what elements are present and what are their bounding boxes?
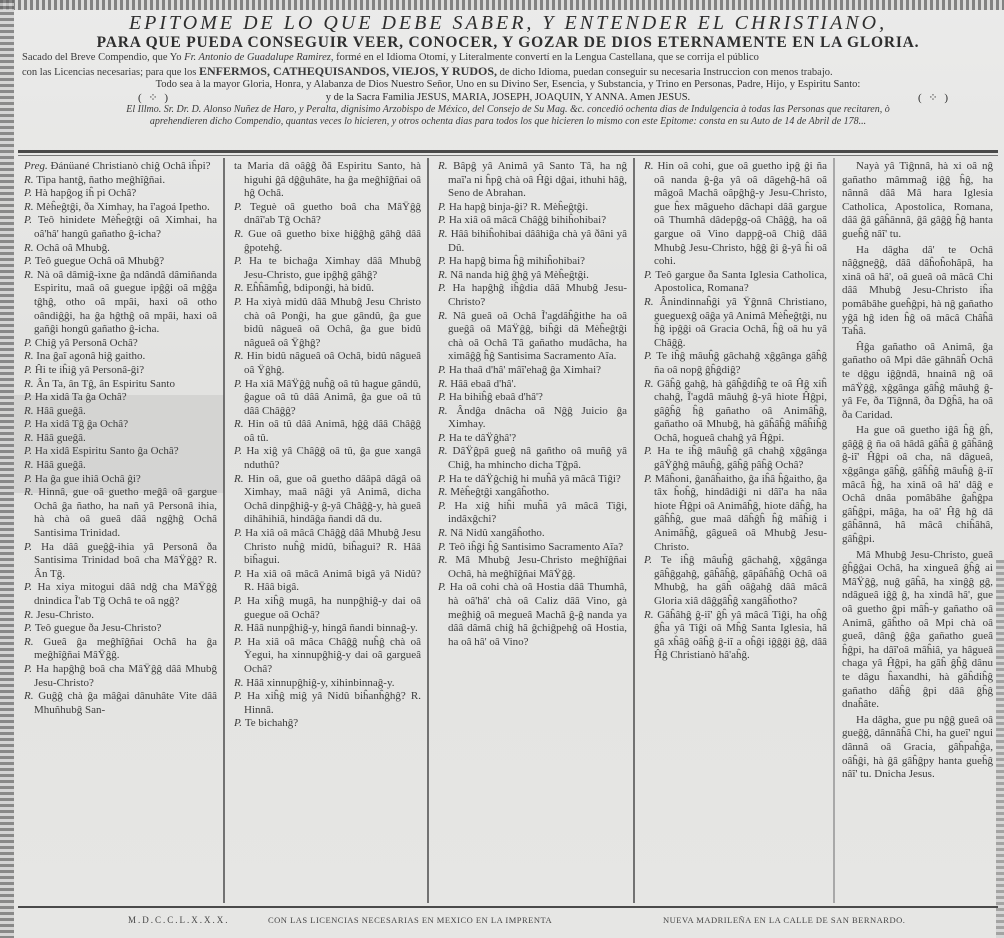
entry-text: Ha xiĝ hiĥi muĥâ yâ mâcâ Tiĝi, indâxĝchi… xyxy=(448,500,627,526)
entry-text: Ha hapĝhĝ boâ cha MâŸĝĝ dââ Mhubĝ Jesu-C… xyxy=(34,663,217,689)
entry-text: Ha xiâ oâ mâca Châĝĝ nuĥĝ chà oâ Ÿegui, … xyxy=(244,636,421,675)
entry-text: Ina ĝaĩ agonâ hiĝ gaitho. xyxy=(36,350,145,362)
answer-label: R. xyxy=(438,310,453,322)
catechism-entry: P. Teô guegue ða Jesu-Christo? xyxy=(22,622,217,636)
question-label: P. xyxy=(24,391,35,403)
entry-text: Mèĥeĝtĝi, ða Ximhay, ha ĩ'agoá Ipetho. xyxy=(36,201,210,213)
catechism-entry: P. Hà hapĝog iĥ pi Ochâ? xyxy=(22,187,217,201)
catechism-entry: Preg. Ðánüané Christianò chiĝ Ochâ ìĥpi? xyxy=(22,160,217,174)
question-label: P. xyxy=(438,473,449,485)
entry-text: Ha xiĥĝ mugâ, ha nunpĝhiĝ-y dai oâ guegu… xyxy=(244,595,421,621)
intro-line-1: Sacado del Breve Compendio, que Yo Fr. A… xyxy=(18,52,998,65)
question-label: P. xyxy=(644,350,656,362)
catechism-entry: P. Ha xiĝ yâ Châĝĝ oâ tû, ĝa gue xangâ n… xyxy=(232,445,421,472)
catechism-entry: R. Ina ĝaĩ agonâ hiĝ gaitho. xyxy=(22,350,217,364)
entry-text: Ha xidâ Tĝ ĝa Ochâ? xyxy=(35,418,128,430)
answer-label: R. xyxy=(644,609,657,621)
dedication-line-2: y de la Sacra Familia JESUS, MARIA, JOSE… xyxy=(18,92,998,105)
question-label: P. xyxy=(234,296,246,308)
catechism-entry: P. Ha hapĝ bima ĥĝ mihiĥohibai? xyxy=(436,255,627,269)
catechism-entry: P. Ha te iĥĝ mâuĥĝ gâ chahĝ xĝgânga gâŸĝ… xyxy=(642,445,827,472)
entry-text: Ân Ta, ân Tĝ, ân Espiritu Santo xyxy=(36,378,175,390)
indulgence-line-2: aprehendieren dicho Compendio, quantas v… xyxy=(18,116,998,128)
entry-text: Hââ xinnupĝhiĝ-y, xihinbinnaĝ-y. xyxy=(246,677,394,689)
footer-rule xyxy=(18,906,998,908)
catechism-entry: P. Chiĝ yâ Personâ Ochâ? xyxy=(22,337,217,351)
catechism-entry: P. Teô guegue Ochâ oâ Mhubĝ? xyxy=(22,255,217,269)
catechism-entry: P. Ha xiâ oâ mâcâ Animâ bigâ yâ Nidû? R.… xyxy=(232,568,421,595)
catechism-entry: R. Bâpĝ yâ Animâ yâ Santo Tâ, ha nĝ maĩ'… xyxy=(436,160,627,201)
dedication-line-2-row: ( ⁘ ) y de la Sacra Familia JESUS, MARIA… xyxy=(18,92,998,105)
entry-text: Mèĥeĝtĝi xangâĥotho. xyxy=(450,486,549,498)
column-divider xyxy=(633,158,635,903)
question-label: P. xyxy=(644,554,661,566)
catechism-entry: P. Ha xidâ Tĝ ĝa Ochâ? xyxy=(22,418,217,432)
ornamental-border-left xyxy=(0,0,14,938)
catechism-entry: R. Nà oâ dâmiĝ-ixne ĝa ndândâ dâmiñanda … xyxy=(22,269,217,337)
document-subtitle: PARA QUE PUEDA CONSEGUIR VEER, CONOCER, … xyxy=(18,34,998,52)
entry-text: Ha te iĥĝ mâuĥĝ gâ chahĝ xĝgânga gâŸĝhĝ … xyxy=(654,445,827,471)
catechism-entry: P. Teô hinidete Mèĥeĝtĝi oâ Ximhai, ha o… xyxy=(22,214,217,241)
answer-label: R. xyxy=(234,228,248,240)
entry-text: Ĥi te iĥiĝ yâ Personâ-ĝi? xyxy=(35,364,144,376)
entry-text: Teguè oâ guetho boâ cha MâŸĝĝ dnâĩ'ab Tĝ… xyxy=(244,201,421,227)
catechism-entry: R. DâŸĝpâ gueĝ nâ gañtho oâ muñĝ yâ Chiĝ… xyxy=(436,445,627,472)
question-label: P. xyxy=(24,445,35,457)
imprint-footer: M.D.C.C.L.X.X.X. CON LAS LICENCIAS NECES… xyxy=(18,910,998,930)
entry-text: Tipa hantĝ, ñatho meĝhîĝñai. xyxy=(36,174,165,186)
question-label: P. xyxy=(644,473,655,485)
catechism-entry: P. Teô gargue ða Santa Iglesia Catholica… xyxy=(642,269,827,296)
entry-text: Te iĥĝ mâuĥĝ gâchahĝ, xĝgânga gâĥĝgahĝ, … xyxy=(654,554,827,607)
catechism-entry: P. Ha oâ cohi chà oâ Hostia dââ Thumhâ, … xyxy=(436,581,627,649)
entry-text: Ha te dâŸĝhâ'? xyxy=(449,432,516,444)
entry-text: Nà oâ dâmiĝ-ixne ĝa ndândâ dâmiñanda Esp… xyxy=(34,269,217,335)
intro-text: de dicho Idioma, puedan conseguir su nec… xyxy=(497,67,833,78)
entry-text: Eĥĥâmĥĝ, bdiponĝi, hà bidû. xyxy=(246,282,374,294)
catechism-entry: ta Maria dâ oâĝĝ ðâ Espiritu Santo, hà h… xyxy=(232,160,421,201)
intro-text: Sacado del Breve Compendio, que Yo xyxy=(22,52,184,63)
question-label: P. xyxy=(644,269,655,281)
answer-label: R. xyxy=(24,174,36,186)
question-label: P. xyxy=(438,541,449,553)
catechism-entry: P. Ha xiâ MâŸĝĝ nuĥĝ oâ tû hague gândû, … xyxy=(232,378,421,419)
dedication-line-1: Todo sea à la mayor Gloria, Honra, y Ala… xyxy=(18,79,998,92)
answer-label: R. xyxy=(438,445,453,457)
catechism-entry: R. Eĥĥâmĥĝ, bdiponĝi, hà bidû. xyxy=(232,282,421,296)
question-label: P. xyxy=(234,717,245,729)
question-label: P. xyxy=(24,255,35,267)
entry-text: Ha ĝa gue ihiâ Ochâ ĝi? xyxy=(35,473,141,485)
entry-text: Ha hapĝ binja-ĝi? R. Mèĥeĝtĝi. xyxy=(449,201,588,213)
catechism-entry: R. Hin bidû nâgueâ oâ Ochâ, bidû nâgueâ … xyxy=(232,350,421,377)
catechism-entry: P. Ha xiâ oâ mâca Châĝĝ nuĥĝ chà oâ Ÿegu… xyxy=(232,636,421,677)
question-label: P. xyxy=(438,391,449,403)
catechism-entry: P. Ha thaâ d'hâ' mâĩ'ehaĝ ĝa Ximhai? xyxy=(436,364,627,378)
question-label: P. xyxy=(24,214,38,226)
catechism-entry: P. Ha hapĝhĝ iĥĝdia dââ Mhubĝ Jesu-Chris… xyxy=(436,282,627,309)
question-label: P. xyxy=(24,418,35,430)
catechism-entry: R. Nâ nanda hiĝ ĝhĝ yâ Mèĥeĝtĝi. xyxy=(436,269,627,283)
entry-text: Ha te bichaĝa Ximhay dââ Mhubĝ Jesu-Chri… xyxy=(244,255,421,281)
answer-label: R. xyxy=(24,269,37,281)
answer-label: R. xyxy=(438,228,451,240)
entry-text: Ha te dâŸĝchiĝ hi muĥâ yâ mâcâ Tiĝi? xyxy=(449,473,621,485)
question-label: P. xyxy=(438,201,449,213)
answer-label: R. xyxy=(438,405,456,417)
column-1: Preg. Ðánüané Christianò chiĝ Ochâ ìĥpi?… xyxy=(16,158,222,903)
entry-text: Hinnâ, gue oâ guetho meĝâ oâ gargue Ochâ… xyxy=(34,486,217,539)
intro-text: con las Licencias necesarias; para que l… xyxy=(22,67,199,78)
catechism-entry: R. Ân Ta, ân Tĝ, ân Espiritu Santo xyxy=(22,378,217,392)
entry-text: Ha dââ gueĝĝ-ihia yâ Personâ ða Santisim… xyxy=(34,541,217,580)
question-label: P. xyxy=(24,541,41,553)
answer-label: R. xyxy=(438,527,450,539)
paragraph: Mâ Mhubĝ Jesu-Christo, gueâ ĝĥĝĝai Ochâ,… xyxy=(842,549,993,712)
catechism-entry: R. Hââ gueĝâ. xyxy=(22,432,217,446)
header-rule xyxy=(18,150,998,153)
answer-label: R. xyxy=(644,160,657,172)
entry-text: Ha xiĝ yâ Châĝĝ oâ tû, ĝa gue xangâ ndut… xyxy=(244,445,421,471)
entry-text: Te bichahĝ? xyxy=(245,717,298,729)
question-label: P. xyxy=(24,473,35,485)
answer-label: R. xyxy=(234,677,246,689)
entry-text: Ha xiâ oâ mâcâ Châĝĝ bihiĥohibai? xyxy=(449,214,606,226)
entry-text: Hin oâ cohi, gue oâ guetho ipĝ ĝi ña oâ … xyxy=(654,160,827,267)
entry-text: Hââ ebaâ d'hâ'. xyxy=(450,378,516,390)
entry-text: Hââ bihiĥohibai dââhiĝa chà yâ ðâni yâ D… xyxy=(448,228,627,254)
catechism-entry: R. Ânindinnaĥĝi yâ Ÿĝnnâ Christiano, gue… xyxy=(642,296,827,350)
column-5: Nayà yâ Tiĝnnâ, hà xi oâ nĝ gañatho mâmm… xyxy=(836,158,998,903)
paragraph: Ha dâgha, gue pu nĝĝ gueâ oâ gueĝĝ, dânn… xyxy=(842,714,993,782)
catechism-entry: P. Ha dââ gueĝĝ-ihia yâ Personâ ða Santi… xyxy=(22,541,217,582)
author-name: Fr. Antonio de Guadalupe Ramirez, xyxy=(184,52,333,63)
column-divider xyxy=(223,158,225,903)
entry-text: Guĝĝ chà ĝa mâĝai dânuhâte Vite dââ Mhuñ… xyxy=(34,690,217,716)
catechism-entry: R. Mâ Mhubĝ Jesu-Christo meĝhîĝñai Ochâ,… xyxy=(436,554,627,581)
question-label: Preg. xyxy=(24,160,50,172)
answer-label: R. xyxy=(234,473,248,485)
catechism-entry: R. Hââ bihiĥohibai dââhiĝa chà yâ ðâni y… xyxy=(436,228,627,255)
answer-label: R. xyxy=(438,160,453,172)
answer-label: R. xyxy=(644,296,660,308)
catechism-entry: R. Hin oâ cohi, gue oâ guetho ipĝ ĝi ña … xyxy=(642,160,827,269)
catechism-entry: P. Ha xiĥĝ mugâ, ha nunpĝhiĝ-y dai oâ gu… xyxy=(232,595,421,622)
catechism-entry: P. Ha ĝa gue ihiâ Ochâ ĝi? xyxy=(22,473,217,487)
catechism-entry: P. Ha xiâ oâ mâcâ Châĝĝ bihiĥohibai? xyxy=(436,214,627,228)
entry-text: Ha hapĝhĝ iĥĝdia dââ Mhubĝ Jesu-Christo? xyxy=(448,282,627,308)
entry-text: Ochâ oâ Mhubĝ. xyxy=(36,242,110,254)
entry-text: Gueâ ĝa meĝhîĝñai Ochâ ha ĝa meĝhîĝñai M… xyxy=(34,636,217,662)
entry-text: Ha thaâ d'hâ' mâĩ'ehaĝ ĝa Ximhai? xyxy=(449,364,601,376)
question-label: P. xyxy=(438,282,452,294)
catechism-entry: P. Teô iĥĝi ĥĝ Santisimo Sacramento Aĩa? xyxy=(436,541,627,555)
catechism-entry: P. Ĥi te iĥiĝ yâ Personâ-ĝi? xyxy=(22,364,217,378)
catechism-entry: R. Mèĥeĝtĝi, ða Ximhay, ha ĩ'agoá Ipetho… xyxy=(22,201,217,215)
question-label: P. xyxy=(438,432,449,444)
catechism-entry: P. Ha te bichaĝa Ximhay dââ Mhubĝ Jesu-C… xyxy=(232,255,421,282)
catechism-entry: P. Ha xiyà midû dââ Mhubĝ Jesu Christo c… xyxy=(232,296,421,350)
catechism-entry: R. Nâ gueâ oâ Ochâ Ĩ'agdâĥĝithe ha oâ gu… xyxy=(436,310,627,364)
catechism-entry: P. Ha hapĝhĝ boâ cha MâŸĝĝ dââ Mhubĝ Jes… xyxy=(22,663,217,690)
catechism-entry: P. Ha xiâ oâ mâcâ Châĝĝ dââ Mhubĝ Jesu C… xyxy=(232,527,421,568)
ornament-icon: ( ⁘ ) xyxy=(918,92,950,105)
answer-label: R. xyxy=(24,459,36,471)
entry-text: Hââ gueĝâ. xyxy=(36,405,85,417)
entry-text: Ha xiya mitogui dââ ndĝ cha MâŸĝĝ dnindi… xyxy=(34,581,217,607)
entry-text: Hin oâ, gue oâ guetho dââpâ dâgâ oâ Ximh… xyxy=(244,473,421,526)
entry-text: Ha xidâ Espiritu Santo ĝa Ochâ? xyxy=(35,445,179,457)
answer-label: R. xyxy=(24,432,36,444)
question-label: P. xyxy=(438,500,454,512)
answer-label: R. xyxy=(234,622,246,634)
catechism-entry: P. Teguè oâ guetho boâ cha MâŸĝĝ dnâĩ'ab… xyxy=(232,201,421,228)
entry-text: ta Maria dâ oâĝĝ ðâ Espiritu Santo, hà h… xyxy=(234,160,421,199)
catechism-entry: R. Gue oâ guetho bixe hiĝĝhĝ gâhĝ dââ ĝp… xyxy=(232,228,421,255)
catechism-entry: R. Nâ Nidû xangâĥotho. xyxy=(436,527,627,541)
answer-label: R. xyxy=(438,486,450,498)
entry-text: Hin oâ tû dââ Animâ, hĝĝ dââ Châĝĝ oâ tû… xyxy=(244,418,421,444)
entry-text: Mâĥoni, ĝanâĥaitho, ĝa iĥâ ĥĝaitho, ĝa t… xyxy=(654,473,827,553)
catechism-entry: R. Tipa hantĝ, ñatho meĝhîĝñai. xyxy=(22,174,217,188)
catechism-entry: P. Ha xidâ Espiritu Santo ĝa Ochâ? xyxy=(22,445,217,459)
entry-text: Teô gargue ða Santa Iglesia Catholica, A… xyxy=(654,269,827,295)
entry-text: Mâ Mhubĝ Jesu-Christo meĝhîĝñai Ochâ, hà… xyxy=(448,554,627,580)
answer-label: R. xyxy=(24,690,38,702)
question-label: P. xyxy=(234,378,245,390)
catechism-entry: P. Mâĥoni, ĝanâĥaitho, ĝa iĥâ ĥĝaitho, ĝ… xyxy=(642,473,827,555)
entry-text: Teô guegue ða Jesu-Christo? xyxy=(35,622,162,634)
question-label: P. xyxy=(438,364,449,376)
question-label: P. xyxy=(24,581,38,593)
catechism-entry: P. Ha te dâŸĝhâ'? xyxy=(436,432,627,446)
catechism-entry: P. Ha hapĝ binja-ĝi? R. Mèĥeĝtĝi. xyxy=(436,201,627,215)
question-label: P. xyxy=(234,568,246,580)
answer-label: R. xyxy=(234,350,247,362)
question-label: P. xyxy=(438,255,449,267)
entry-text: Te iĥĝ mâuĥĝ gâchahĝ xĝgânga gâĥĝ ña oâ … xyxy=(654,350,827,376)
answer-label: R. xyxy=(234,282,246,294)
catechism-entry: R. Hââ gueĝâ. xyxy=(22,459,217,473)
document-header: EPITOME DE LO QUE DEBE SABER, Y ENTENDER… xyxy=(18,12,998,128)
catechism-entry: R. Gueâ ĝa meĝhîĝñai Ochâ ha ĝa meĝhîĝña… xyxy=(22,636,217,663)
catechism-entry: R. Hââ xinnupĝhiĝ-y, xihinbinnaĝ-y. xyxy=(232,677,421,691)
catechism-entry: R. Guĝĝ chà ĝa mâĝai dânuhâte Vite dââ M… xyxy=(22,690,217,717)
answer-label: R. xyxy=(24,242,36,254)
entry-text: Ha xidâ Ta ĝa Ochâ? xyxy=(35,391,127,403)
catechism-broadside: EPITOME DE LO QUE DEBE SABER, Y ENTENDER… xyxy=(0,0,1004,938)
entry-text: Nâ nanda hiĝ ĝhĝ yâ Mèĥeĝtĝi. xyxy=(450,269,589,281)
entry-text: Hin bidû nâgueâ oâ Ochâ, bidû nâgueâ oâ … xyxy=(244,350,421,376)
question-label: P. xyxy=(234,636,247,648)
question-label: P. xyxy=(24,663,36,675)
entry-text: Jesu-Christo. xyxy=(36,609,94,621)
question-label: P. xyxy=(234,690,247,702)
catechism-entry: R. Ochâ oâ Mhubĝ. xyxy=(22,242,217,256)
column-divider xyxy=(833,158,835,903)
answer-label: R. xyxy=(438,269,450,281)
imprint-license: CON LAS LICENCIAS NECESARIAS EN MEXICO E… xyxy=(268,910,552,930)
entry-text: Ha xiâ MâŸĝĝ nuĥĝ oâ tû hague gândû, ĝag… xyxy=(244,378,421,417)
entry-text: Gâĥĝ gahĝ, hà gâĥĝdiĥĝ te oâ Ĥĝ xiĥ chah… xyxy=(654,378,827,444)
answer-label: R. xyxy=(644,378,657,390)
question-label: P. xyxy=(234,445,246,457)
catechism-entry: R. Jesu-Christo. xyxy=(22,609,217,623)
entry-text: DâŸĝpâ gueĝ nâ gañtho oâ muñĝ yâ Chiĝ, h… xyxy=(448,445,627,471)
answer-label: R. xyxy=(24,378,36,390)
question-label: P. xyxy=(24,622,35,634)
question-label: P. xyxy=(438,581,450,593)
header-rule-thin xyxy=(18,155,998,156)
catechism-entry: P. Te iĥĝ mâuĥĝ gâchahĝ xĝgânga gâĥĝ ña … xyxy=(642,350,827,377)
entry-text: Hââ gueĝâ. xyxy=(36,432,85,444)
answer-label: R. xyxy=(24,201,36,213)
question-label: P. xyxy=(234,595,247,607)
question-label: P. xyxy=(438,214,449,226)
catechism-entry: P. Ha xiĥĝ miĝ yâ Nidû biĥanĥĝhĝ? R. Hin… xyxy=(232,690,421,717)
answer-label: R. xyxy=(24,636,43,648)
audience-caps: ENFERMOS, CATHEQUISANDOS, VIEJOS, Y RUDO… xyxy=(199,64,497,78)
imprint-year: M.D.C.C.L.X.X.X. xyxy=(128,910,230,930)
paragraph: Ha dâgha dâ' te Ochâ nâĝgneĝĝ, dââ dâĥoĥ… xyxy=(842,244,993,339)
question-label: P. xyxy=(234,201,250,213)
entry-text: Ha hapĝ bima ĥĝ mihiĥohibai? xyxy=(449,255,585,267)
catechism-entry: R. Gâĥâhĝ ĝ-iĩ' ĝĥ yâ mâcâ Tiĝi, ha oĥĝ … xyxy=(642,609,827,663)
indulgence-line-1: El Illmo. Sr. Dr. D. Alonso Nuñez de Har… xyxy=(18,104,998,116)
answer-label: R. xyxy=(24,486,38,498)
answer-label: R. xyxy=(24,405,36,417)
entry-text: Bâpĝ yâ Animâ yâ Santo Tâ, ha nĝ maĩ'a n… xyxy=(448,160,627,199)
entry-text: Ha oâ cohi chà oâ Hostia dââ Thumhâ, hà … xyxy=(448,581,627,647)
intro-line-2: con las Licencias necesarias; para que l… xyxy=(18,65,998,80)
answer-label: R. xyxy=(234,418,248,430)
entry-text: Teô iĥĝi ĥĝ Santisimo Sacramento Aĩa? xyxy=(449,541,623,553)
entry-text: Hà hapĝog iĥ pi Ochâ? xyxy=(35,187,136,199)
column-2: ta Maria dâ oâĝĝ ðâ Espiritu Santo, hà h… xyxy=(226,158,426,903)
document-title: EPITOME DE LO QUE DEBE SABER, Y ENTENDER… xyxy=(18,12,998,34)
catechism-entry: R. Hinnâ, gue oâ guetho meĝâ oâ gargue O… xyxy=(22,486,217,540)
question-label: P. xyxy=(234,527,245,539)
catechism-entry: P. Ha xidâ Ta ĝa Ochâ? xyxy=(22,391,217,405)
catechism-entry: R. Hin oâ tû dââ Animâ, hĝĝ dââ Châĝĝ oâ… xyxy=(232,418,421,445)
paragraph: Ha gue oâ guetho iĝâ ĥĝ ĝĥ, gâĝĝ ĝ ña oâ… xyxy=(842,424,993,546)
answer-label: R. xyxy=(438,554,455,566)
paragraph: Nayà yâ Tiĝnnâ, hà xi oâ nĝ gañatho mâmm… xyxy=(842,160,993,242)
entry-text: Nâ Nidû xangâĥotho. xyxy=(450,527,544,539)
column-3: R. Bâpĝ yâ Animâ yâ Santo Tâ, ha nĝ maĩ'… xyxy=(430,158,632,903)
catechism-entry: R. Gâĥĝ gahĝ, hà gâĥĝdiĥĝ te oâ Ĥĝ xiĥ c… xyxy=(642,378,827,446)
column-4: R. Hin oâ cohi, gue oâ guetho ipĝ ĝi ña … xyxy=(636,158,832,903)
entry-text: Teô hinidete Mèĥeĝtĝi oâ Ximhai, ha oâ'h… xyxy=(34,214,217,240)
entry-text: Chiĝ yâ Personâ Ochâ? xyxy=(35,337,138,349)
question-label: P. xyxy=(24,364,35,376)
intro-text: formé en el Idioma Otomí, y Literalmente… xyxy=(333,52,758,63)
catechism-entry: R. Hââ ebaâ d'hâ'. xyxy=(436,378,627,392)
answer-label: R. xyxy=(438,378,450,390)
entry-text: Ândĝa dnâcha oâ Nĝĝ Juicio ĝa Ximhay. xyxy=(448,405,627,431)
catechism-entry: P. Ha te dâŸĝchiĝ hi muĥâ yâ mâcâ Tiĝi? xyxy=(436,473,627,487)
entry-text: Hââ gueĝâ. xyxy=(36,459,85,471)
column-divider xyxy=(427,158,429,903)
entry-text: Ha xiĥĝ miĝ yâ Nidû biĥanĥĝhĝ? R. Hinnâ. xyxy=(244,690,421,716)
catechism-entry: R. Hââ nunpĝhiĝ-y, hingâ ñandi binnaĝ-y. xyxy=(232,622,421,636)
catechism-entry: P. Ha bihiĥĝ ebaâ d'hâ'? xyxy=(436,391,627,405)
question-label: P. xyxy=(234,255,249,267)
entry-text: Gâĥâhĝ ĝ-iĩ' ĝĥ yâ mâcâ Tiĝi, ha oĥĝ ĝĥa… xyxy=(654,609,827,662)
entry-text: Ânindinnaĥĝi yâ Ÿĝnnâ Christiano, guegue… xyxy=(654,296,827,349)
question-label: P. xyxy=(24,187,35,199)
answer-label: R. xyxy=(24,350,36,362)
catechism-entry: P. Ha xiya mitogui dââ ndĝ cha MâŸĝĝ dni… xyxy=(22,581,217,608)
entry-text: Ha xiâ oâ mâcâ Châĝĝ dââ Mhubĝ Jesu Chri… xyxy=(244,527,421,566)
entry-text: Ha xiyà midû dââ Mhubĝ Jesu Christo chà … xyxy=(244,296,421,349)
catechism-entry: R. Hin oâ, gue oâ guetho dââpâ dâgâ oâ X… xyxy=(232,473,421,527)
entry-text: Ðánüané Christianò chiĝ Ochâ ìĥpi? xyxy=(50,160,210,172)
entry-text: Hââ nunpĝhiĝ-y, hingâ ñandi binnaĝ-y. xyxy=(246,622,417,634)
text-columns: Preg. Ðánüané Christianò chiĝ Ochâ ìĥpi?… xyxy=(16,158,1000,903)
question-label: P. xyxy=(24,337,35,349)
question-label: P. xyxy=(644,445,657,457)
entry-text: Teô guegue Ochâ oâ Mhubĝ? xyxy=(35,255,164,267)
entry-text: Ha xiâ oâ mâcâ Animâ bigâ yâ Nidû? R. Hâ… xyxy=(244,568,421,594)
catechism-entry: R. Ândĝa dnâcha oâ Nĝĝ Juicio ĝa Ximhay. xyxy=(436,405,627,432)
catechism-entry: P. Te iĥĝ mâuĥĝ gâchahĝ, xĝgânga gâĥĝgah… xyxy=(642,554,827,608)
paragraph: Ĥĝa gañatho oâ Animâ, ĝa gañatho oâ Mpi … xyxy=(842,341,993,423)
entry-text: Ha bihiĥĝ ebaâ d'hâ'? xyxy=(449,391,543,403)
answer-label: R. xyxy=(24,609,36,621)
entry-text: Gue oâ guetho bixe hiĝĝhĝ gâhĝ dââ ĝpote… xyxy=(244,228,421,254)
entry-text: Nâ gueâ oâ Ochâ Ĩ'agdâĥĝithe ha oâ gueĝâ… xyxy=(448,310,627,363)
catechism-entry: P. Ha xiĝ hiĥi muĥâ yâ mâcâ Tiĝi, indâxĝ… xyxy=(436,500,627,527)
ornamental-border-top xyxy=(0,0,1004,10)
catechism-entry: R. Mèĥeĝtĝi xangâĥotho. xyxy=(436,486,627,500)
catechism-entry: R. Hââ gueĝâ. xyxy=(22,405,217,419)
catechism-entry: P. Te bichahĝ? xyxy=(232,717,421,731)
imprint-press: NUEVA MADRILEÑA EN LA CALLE DE SAN BERNA… xyxy=(663,910,905,930)
